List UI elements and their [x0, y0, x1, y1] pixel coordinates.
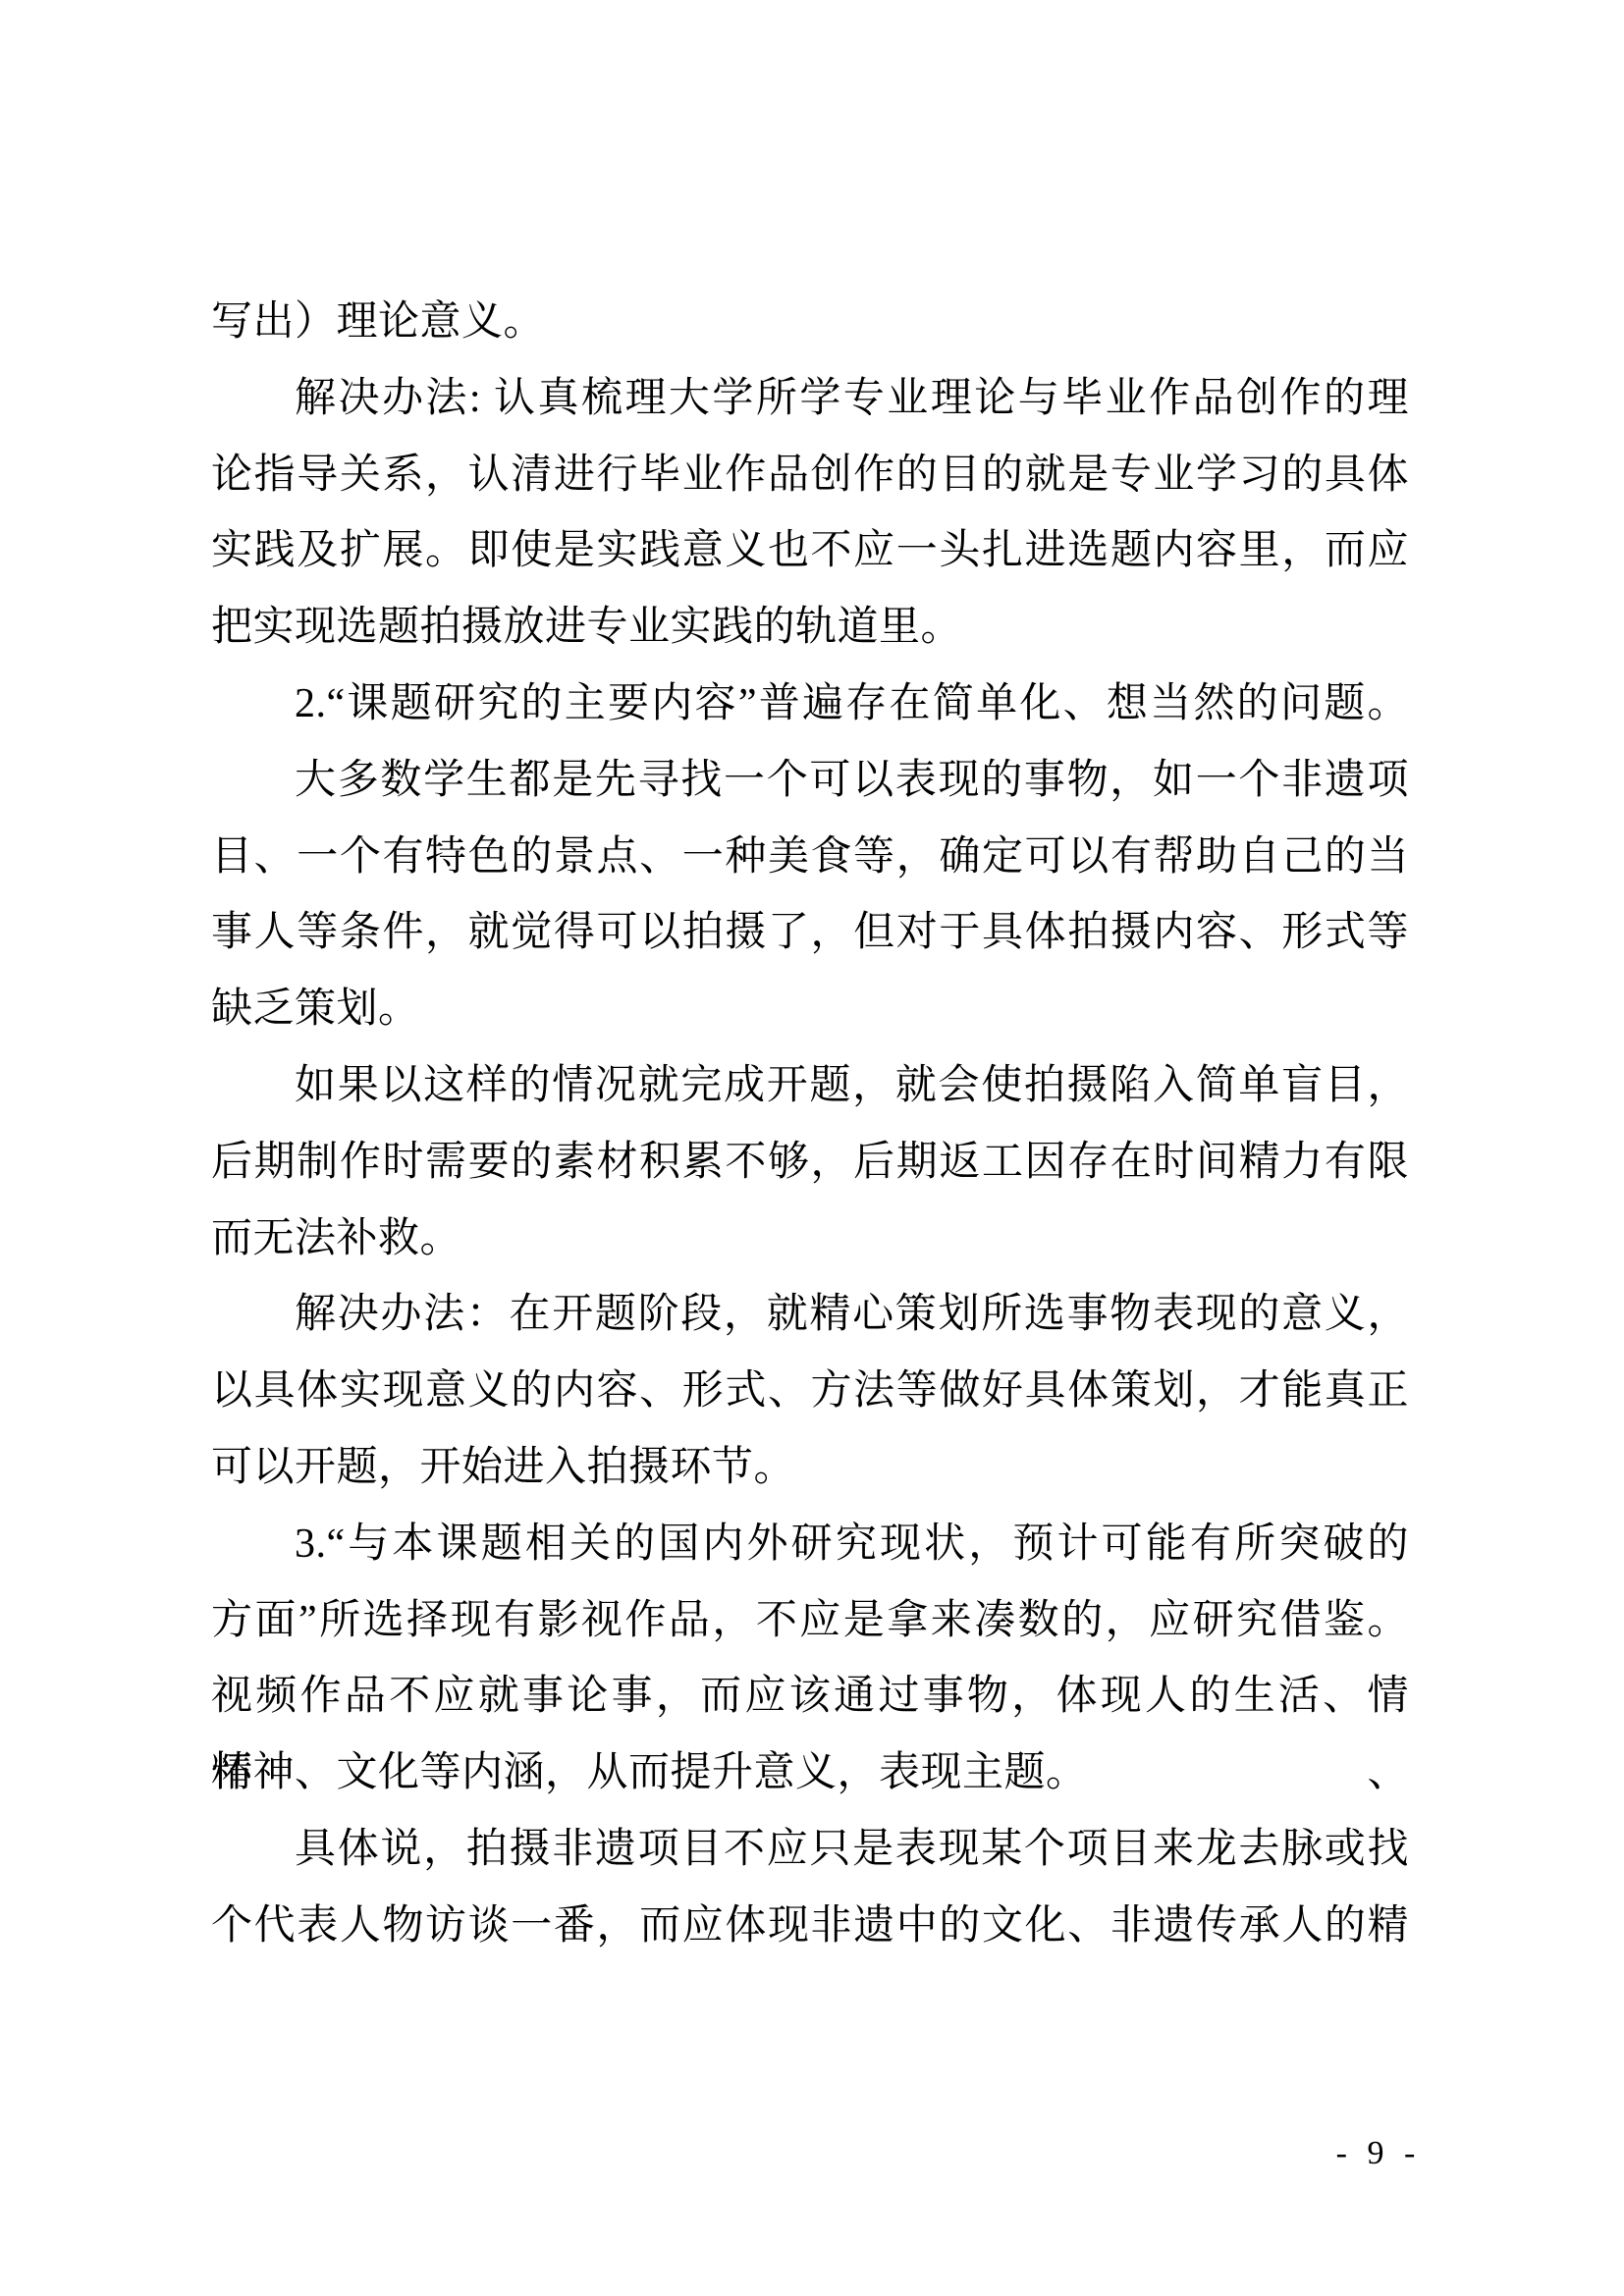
text-line: 事人等条件，就觉得可以拍摄了，但对于具体拍摄内容、形式等	[211, 895, 1409, 972]
text-line: 解决办法：在开题阶段，就精心策划所选事物表现的意义，	[211, 1277, 1409, 1354]
text-line: 2.“课题研究的主要内容”普遍存在简单化、想当然的问题。	[211, 667, 1409, 743]
text-line: 可以开题，开始进入拍摄环节。	[211, 1430, 1409, 1507]
text-line: 把实现选题拍摄放进专业实践的轨道里。	[211, 590, 1409, 667]
text-line: 目、一个有特色的景点、一种美食等，确定可以有帮助自己的当	[211, 820, 1409, 896]
text-line: 缺乏策划。	[211, 972, 1409, 1048]
text-line: 以具体实现意义的内容、形式、方法等做好具体策划，才能真正	[211, 1354, 1409, 1430]
text-line: 论指导关系，认清进行毕业作品创作的目的就是专业学习的具体	[211, 438, 1409, 514]
text-line: 3.“与本课题相关的国内外研究现状，预计可能有所突破的	[211, 1507, 1409, 1583]
text-line: 写出）理论意义。	[211, 285, 1409, 361]
body-text: 写出）理论意义。解决办法: 认真梳理大学所学专业理论与毕业作品创作的理论指导关系…	[211, 285, 1409, 1965]
text-line: 具体说，拍摄非遗项目不应只是表现某个项目来龙去脉或找	[211, 1812, 1409, 1889]
page-number: - 9 -	[1296, 2132, 1455, 2175]
text-line: 后期制作时需要的素材积累不够，后期返工因存在时间精力有限	[211, 1125, 1409, 1201]
text-line: 视频作品不应就事论事，而应该通过事物，体现人的生活、情怀、	[211, 1659, 1409, 1735]
text-line: 实践及扩展。即使是实践意义也不应一头扎进选题内容里，而应	[211, 513, 1409, 590]
text-line: 而无法补救。	[211, 1201, 1409, 1278]
text-line: 如果以这样的情况就完成开题，就会使拍摄陷入简单盲目，	[211, 1048, 1409, 1125]
text-line: 个代表人物访谈一番，而应体现非遗中的文化、非遗传承人的精	[211, 1889, 1409, 1965]
text-line: 方面”所选择现有影视作品，不应是拿来凑数的，应研究借鉴。	[211, 1583, 1409, 1660]
text-line: 解决办法: 认真梳理大学所学专业理论与毕业作品创作的理	[211, 361, 1409, 438]
document-page: 写出）理论意义。解决办法: 认真梳理大学所学专业理论与毕业作品创作的理论指导关系…	[0, 0, 1624, 2296]
text-line: 大多数学生都是先寻找一个可以表现的事物，如一个非遗项	[211, 743, 1409, 820]
